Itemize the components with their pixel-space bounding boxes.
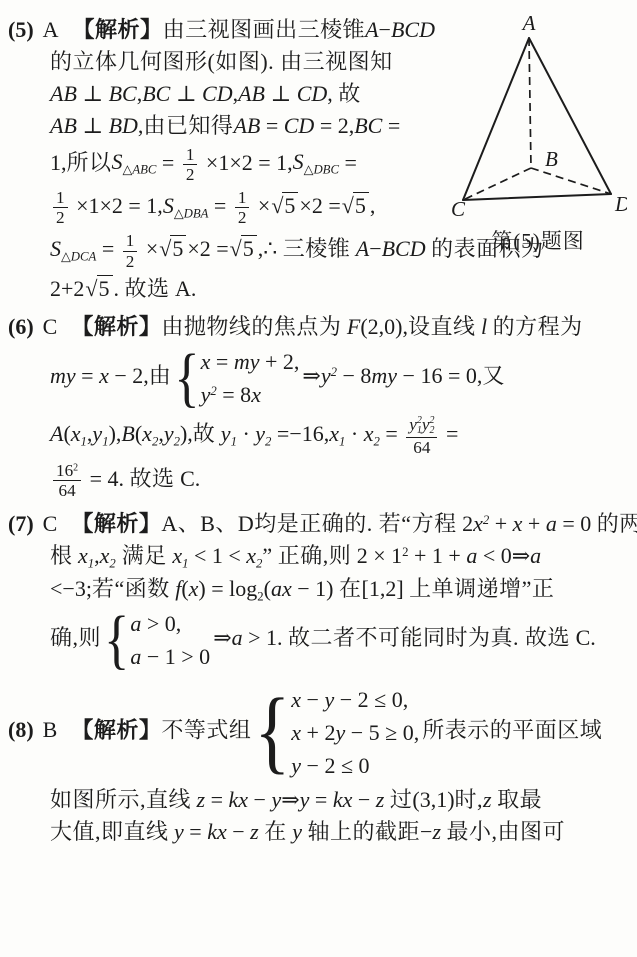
math-text: BCD (391, 17, 435, 42)
number-text: ⇒ (302, 363, 320, 388)
subscripted-term: x1 (73, 543, 95, 568)
number-text: , (370, 193, 376, 218)
fraction: 12 (235, 188, 250, 227)
number-text: 2 (457, 511, 474, 536)
fraction: 16264 (53, 461, 81, 500)
math-text: l (476, 314, 493, 339)
superscripted-term: y2 (201, 382, 217, 407)
cn-text: 在 (339, 576, 362, 601)
number-text: 2 (186, 165, 195, 184)
solution-line: 如图所示,直线 z = kx − y⇒y = kx − z 过(3,1)时,z … (50, 786, 629, 814)
system-brace: { (174, 352, 199, 405)
math-text: f (170, 576, 182, 601)
math-text: A (365, 17, 378, 42)
cn-text: 最小,由图可 (447, 819, 566, 844)
answer-letter: B (43, 717, 58, 742)
number-text: ” (262, 543, 277, 568)
radicand: 5 (170, 235, 186, 261)
number-text: 2 (126, 252, 135, 271)
solution-6: (6)C【解析】由抛物线的焦点为 F(2,0),设直线 l 的方程为my = x… (50, 313, 629, 500)
number-text: − 2, (109, 363, 149, 388)
number-text: , (94, 543, 100, 568)
number-text: 1 (238, 188, 247, 207)
equation-system: {x = my + 2,y2 = 8x (174, 345, 299, 411)
number-text: ⊥ (77, 113, 109, 138)
number-text: (2,0), (360, 314, 408, 339)
cn-text: 故二者不可能同时为真. 故选 (288, 625, 570, 650)
math-text: y (169, 819, 184, 844)
solution-line: 根 x1,x2 满足 x1 < 1 < x2” 正确,则 2 × 12 + 1 … (50, 542, 629, 570)
cn-text: 不等式组 (161, 717, 251, 742)
superscripted-term: 12 (391, 543, 408, 568)
number-text: ), (180, 421, 193, 446)
number-text: − 5 ≥ 0, (345, 720, 419, 745)
cn-text: 所表示的平面区域 (422, 717, 602, 742)
radical-sign: √ (230, 236, 242, 261)
number-text: ×2 = (187, 236, 228, 261)
system-brace: { (254, 695, 290, 770)
number-text: × (252, 193, 270, 218)
math-text: ax (271, 576, 292, 601)
math-text: a (232, 625, 243, 650)
cn-text: 由抛物线的焦点为 (161, 314, 341, 339)
solution-line: (8)B【解析】不等式组{x − y − 2 ≤ 0,x + 2y − 5 ≥ … (8, 683, 629, 782)
fraction: 12 (53, 188, 68, 227)
number-text: − 8 (337, 363, 371, 388)
number-text: = 0 (557, 511, 597, 536)
edge-AC (463, 38, 529, 200)
number-text: + (522, 511, 545, 536)
number-text: ⇒ (213, 625, 231, 650)
cn-text: 若“函数 (92, 576, 170, 601)
number-text: − 1) (292, 576, 339, 601)
solution-line: 大值,即直线 y = kx − z 在 y 轴上的截距−z 最小,由图可 (50, 818, 629, 846)
system-brace: { (104, 613, 129, 666)
jiexi-tag: 【解析】 (73, 17, 163, 42)
page: { "page": {"background": "#fdfdfb", "tex… (0, 0, 637, 957)
math-text: A (50, 421, 63, 446)
number-text: 1, (50, 149, 67, 174)
edge-CD (463, 194, 611, 200)
number-text: ), (109, 421, 122, 446)
subscripted-term: x1 (71, 421, 87, 446)
number-text: . (114, 276, 125, 301)
number-text: 2 × (351, 543, 391, 568)
math-text: a (130, 644, 141, 669)
number-text: ) = (198, 576, 229, 601)
number-text: A. (170, 276, 197, 301)
problem-label: (5) (8, 17, 34, 42)
number-text: − (369, 236, 381, 261)
number-text: , (158, 421, 164, 446)
cn-text: 正确,则 (278, 543, 352, 568)
subscripted-term: x2 (142, 421, 158, 446)
math-text: B (121, 421, 134, 446)
radicand: 5 (353, 192, 369, 218)
math-text: CD (202, 81, 233, 106)
subsup-term: y22 (422, 415, 435, 434)
number-text: = (76, 363, 99, 388)
fraction-numerator: 1 (123, 231, 138, 250)
problem-label: (7) (8, 511, 34, 536)
number-text: + 2, (259, 349, 299, 374)
number-text: − (248, 787, 271, 812)
solution-line: 2+2√5. 故选 A. (50, 275, 629, 303)
math-text: y (291, 753, 301, 778)
subsup-stack: 22 (429, 416, 434, 437)
number-text: − 2 ≤ 0 (301, 753, 369, 778)
system-row: a > 0, (130, 607, 210, 640)
number-text: × (140, 236, 158, 261)
number-text: − (379, 17, 391, 42)
subscripted-term: S△DCA (50, 236, 96, 261)
subscripted-term: y1 (215, 421, 237, 446)
math-text: AB (238, 81, 265, 106)
cn-text: 的两 (597, 511, 637, 536)
math-text: x (513, 511, 523, 536)
number-text: + 2 (301, 720, 335, 745)
math-text: kx (333, 787, 353, 812)
cn-text: 故选 (125, 276, 170, 301)
superscripted-term: x2 (473, 511, 489, 536)
equation-system: {a > 0,a − 1 > 0 (104, 607, 210, 673)
number-text: = (260, 113, 283, 138)
number-text: = (205, 787, 228, 812)
fraction-denominator: 64 (406, 437, 437, 457)
number-text: + 1 + (409, 543, 467, 568)
answer-letter: C (43, 314, 58, 339)
cn-text: 满足 (116, 543, 167, 568)
solution-7: (7)C【解析】A、B、D均是正确的. 若“方程 2x2 + x + a = 0… (50, 510, 629, 672)
cn-text: 三棱锥 (283, 236, 351, 261)
number-text: ( (63, 421, 70, 446)
math-text: AB (233, 113, 260, 138)
cn-text: 又 (482, 363, 505, 388)
number-text: − 16 = 0, (397, 363, 482, 388)
math-text: CD (284, 113, 315, 138)
math-text: z (191, 787, 205, 812)
math-text: x (291, 687, 301, 712)
radicand: 5 (282, 192, 298, 218)
number-text: ×1×2 = 1, (71, 193, 163, 218)
number-text: · (345, 421, 363, 446)
system-row: y2 = 8x (201, 378, 300, 411)
number-text: − (227, 819, 250, 844)
fraction-denominator: 64 (53, 480, 81, 500)
math-text: CD (297, 81, 328, 106)
number-text: ×1×2 = 1, (200, 149, 292, 174)
solutions-page: A B C D 第(5)题图 (5)A【解析】由三视图画出三棱锥A−BCD的立体… (0, 0, 637, 846)
number-text: = 2, (314, 113, 354, 138)
math-text: BC (142, 81, 170, 106)
solution-line: (7)C【解析】A、B、D均是正确的. 若“方程 2x2 + x + a = 0… (8, 510, 629, 538)
math-text: y (324, 687, 334, 712)
subscripted-term: y2 (255, 421, 271, 446)
subscripted-term: x2 (100, 543, 116, 568)
solution-line: 确,则{a > 0,a − 1 > 0⇒a > 1. 故二者不可能同时为真. 故… (50, 607, 629, 673)
math-text: a (130, 611, 141, 636)
radicand: 5 (241, 235, 257, 261)
number-text: > 0, (141, 611, 181, 636)
math-text: z (483, 787, 497, 812)
number-text: = 4. (84, 466, 129, 491)
number-text: ⊥ (170, 81, 202, 106)
math-text: my (371, 363, 397, 388)
number-text: = (382, 113, 400, 138)
superscripted-term: y2 (321, 363, 337, 388)
solution-line: <−3;若“函数 f(x) = log2(ax − 1) 在[1,2] 上单调递… (50, 575, 629, 603)
number-text: ⊥ (77, 81, 109, 106)
cn-text: 在 (264, 819, 287, 844)
number-text: = (440, 421, 458, 446)
number-text: ( (181, 576, 188, 601)
solution-line: 16264 = 4. 故选 C. (50, 461, 629, 500)
number-text: 1 (186, 145, 195, 164)
system-row: x = my + 2, (201, 345, 300, 378)
number-text: ,∴ (258, 236, 283, 261)
math-text: kx (229, 787, 249, 812)
sqrt-expr: √5 (159, 236, 186, 261)
fraction: y21y2264 (406, 415, 437, 457)
system-rows: x − y − 2 ≤ 0,x + 2y − 5 ≥ 0,y − 2 ≤ 0 (291, 683, 419, 782)
number-text: − (301, 687, 324, 712)
number-text: 64 (413, 438, 430, 457)
answer-letter: A (43, 17, 59, 42)
system-rows: a > 0,a − 1 > 0 (130, 607, 210, 673)
number-text: 1 (126, 231, 135, 250)
math-text: y (271, 787, 281, 812)
cn-text: 故 (193, 421, 216, 446)
number-text: C. (175, 466, 201, 491)
figure-problem5: A B C D 第(5)题图 (447, 14, 629, 255)
math-text: y (287, 819, 308, 844)
solution-line: (6)C【解析】由抛物线的焦点为 F(2,0),设直线 l 的方程为 (8, 313, 629, 341)
subsup-term: y21 (409, 415, 422, 434)
problem-label: (6) (8, 314, 34, 339)
number-text: ⇒ (281, 787, 299, 812)
math-text: z (250, 819, 264, 844)
fraction-denominator: 2 (123, 251, 138, 271)
number-text: ⊥ (265, 81, 297, 106)
number-text: − 2 ≤ 0, (334, 687, 408, 712)
cn-text: 由已知得 (143, 113, 233, 138)
fraction-numerator: 1 (235, 188, 250, 207)
number-text: = (309, 787, 332, 812)
cn-text: 如图所示,直线 (50, 787, 191, 812)
number-text: = (339, 149, 357, 174)
subscripted-term: y2 (164, 421, 180, 446)
sqrt-expr: √5 (85, 276, 112, 301)
number-text: · (237, 421, 255, 446)
math-text: a (530, 543, 541, 568)
cn-text: 上单调递增”正 (409, 576, 554, 601)
fraction-numerator: 162 (53, 461, 81, 480)
number-text: > 1. (243, 625, 288, 650)
fraction-denominator: 2 (183, 164, 198, 184)
number-text: − (420, 819, 432, 844)
math-text: z (376, 787, 390, 812)
number-text: [1,2] (362, 576, 410, 601)
radical-sign: √ (342, 193, 354, 218)
edge-AB-dashed (529, 38, 531, 168)
number-text: = (208, 193, 231, 218)
radicand: 5 (97, 275, 113, 301)
fraction: 12 (183, 145, 198, 184)
math-text: y (335, 720, 345, 745)
number-text: C. (570, 625, 596, 650)
fraction: 12 (123, 231, 138, 270)
tetrahedron-figure: A B C D (449, 14, 627, 220)
number-text: < 0⇒ (477, 543, 530, 568)
math-text: a (466, 543, 477, 568)
fraction-numerator: y21y22 (406, 415, 437, 437)
edge-AD (529, 38, 611, 194)
vertex-label-C: C (451, 197, 466, 220)
number-text: = (96, 236, 119, 261)
math-text: F (341, 314, 360, 339)
system-row: y − 2 ≤ 0 (291, 749, 419, 782)
number-text: = (184, 819, 207, 844)
system-row: a − 1 > 0 (130, 640, 210, 673)
math-text: AB (50, 81, 77, 106)
subscripted-term: x2 (364, 421, 380, 446)
subscripted-term: log2 (229, 576, 264, 601)
cn-text: A、B、D均是正确的. 若“方程 (161, 511, 456, 536)
cn-text: 取最 (497, 787, 542, 812)
vertex-label-B: B (545, 147, 558, 171)
system-row: x + 2y − 5 ≥ 0, (291, 716, 419, 749)
math-text: x (251, 382, 261, 407)
math-text: BC (354, 113, 382, 138)
math-text: kx (207, 819, 227, 844)
sqrt-expr: √5 (271, 193, 298, 218)
number-text: 1 (56, 188, 65, 207)
math-text: x (99, 363, 109, 388)
number-text: 64 (58, 481, 75, 500)
number-text: − 1 > 0 (141, 644, 210, 669)
math-text: x (201, 349, 211, 374)
solution-line: my = x − 2,由{x = my + 2,y2 = 8x⇒y2 − 8my… (50, 345, 629, 411)
math-text: my (50, 363, 76, 388)
subscripted-term: x2 (246, 543, 262, 568)
number-text: + (489, 511, 512, 536)
cn-text: 由 (149, 363, 172, 388)
number-text: , (327, 81, 338, 106)
number-text: (3,1) (412, 787, 454, 812)
system-rows: x = my + 2,y2 = 8x (201, 345, 300, 411)
math-text: BC (109, 81, 137, 106)
number-text: ×2 = (299, 193, 340, 218)
number-text: = (380, 421, 403, 446)
cn-text: 的表面积为 (431, 236, 544, 261)
solution-line: S△DCA = 12 ×√5×2 =√5,∴ 三棱锥 A−BCD 的表面积为 (50, 231, 629, 270)
number-text: <−3; (50, 576, 92, 601)
number-text: = (210, 349, 233, 374)
cn-text: 过 (390, 787, 413, 812)
cn-text: 的方程为 (493, 314, 583, 339)
jiexi-tag: 【解析】 (71, 717, 161, 742)
number-text: = 8 (217, 382, 251, 407)
vertex-label-A: A (521, 14, 536, 35)
math-text: x (189, 576, 199, 601)
math-text: A (350, 236, 369, 261)
solution-line: A(x1,y1),B(x2,y2),故 y1 · y2 =−16,x1 · x2… (50, 415, 629, 457)
cn-text: 时, (455, 787, 484, 812)
number-text: 2 (56, 208, 65, 227)
math-text: AB (50, 113, 77, 138)
math-text: BCD (382, 236, 432, 261)
problem-label: (8) (8, 717, 34, 742)
cn-text: 根 (50, 543, 73, 568)
number-text: = (156, 149, 179, 174)
cn-text: 大值,即直线 (50, 819, 169, 844)
superscripted-term: 162 (56, 461, 78, 480)
sqrt-expr: √5 (230, 236, 257, 261)
system-row: x − y − 2 ≤ 0, (291, 683, 419, 716)
cn-text: 所以 (67, 149, 112, 174)
math-text: z (432, 819, 446, 844)
cn-text: 故选 (130, 466, 175, 491)
jiexi-tag: 【解析】 (71, 511, 161, 536)
equation-system: {x − y − 2 ≤ 0,x + 2y − 5 ≥ 0,y − 2 ≤ 0 (254, 683, 419, 782)
subscripted-term: y1 (92, 421, 108, 446)
fraction-denominator: 2 (53, 207, 68, 227)
vertex-label-D: D (614, 192, 627, 216)
math-text: x (291, 720, 301, 745)
cn-text: 设直线 (408, 314, 476, 339)
fraction-denominator: 2 (235, 207, 250, 227)
sqrt-expr: √5 (342, 193, 369, 218)
answer-letter: C (43, 511, 58, 536)
radical-sign: √ (85, 276, 97, 301)
fraction-numerator: 1 (183, 145, 198, 164)
subscripted-term: S△DBC (293, 149, 339, 174)
subscripted-term: x1 (167, 543, 189, 568)
math-text: y (300, 787, 310, 812)
cn-text: 的立体几何图形(如图). 由三视图知 (50, 49, 393, 74)
subscripted-term: S△DBA (163, 193, 209, 218)
number-text: 2 (238, 208, 247, 227)
jiexi-tag: 【解析】 (71, 314, 161, 339)
number-text: =−16, (271, 421, 329, 446)
math-text: BD (109, 113, 138, 138)
number-text: 2+2 (50, 276, 84, 301)
number-text: ( (264, 576, 271, 601)
subscripted-term: x1 (329, 421, 345, 446)
number-text: < 1 < (188, 543, 246, 568)
cn-text: 轴上的截距 (308, 819, 421, 844)
subscripted-term: S△ABC (112, 149, 157, 174)
math-text: my (234, 349, 260, 374)
cn-text: 由三视图画出三棱锥 (163, 17, 366, 42)
fraction-numerator: 1 (53, 188, 68, 207)
cn-text: 确,则 (50, 625, 101, 650)
math-text: a (546, 511, 557, 536)
number-text: − (352, 787, 375, 812)
cn-text: 故 (338, 81, 361, 106)
solution-8: (8)B【解析】不等式组{x − y − 2 ≤ 0,x + 2y − 5 ≥ … (50, 683, 629, 846)
